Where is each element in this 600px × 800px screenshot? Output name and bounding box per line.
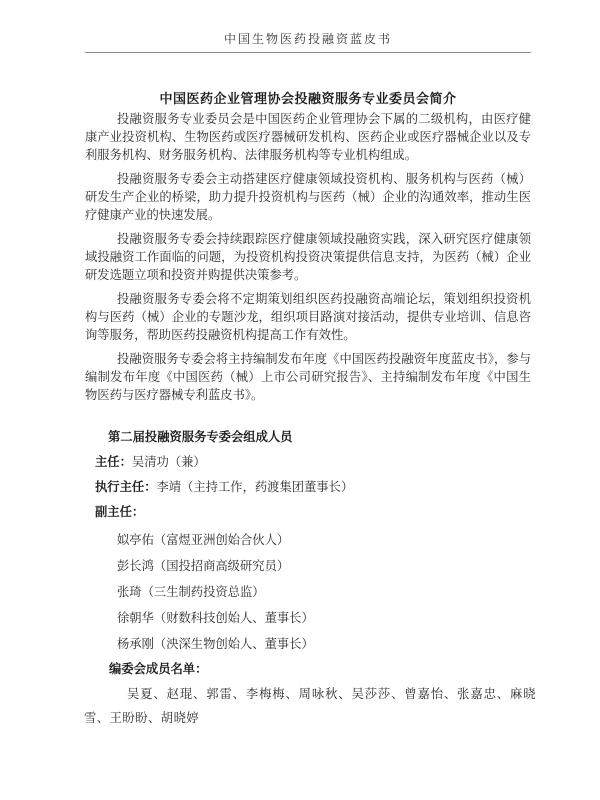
deputy-list: 姒亭佑（富煜亚洲创始合伙人） 彭长鸿（国投招商高级研究员） 张琦（三生制药投资总… xyxy=(0,527,600,657)
role-label: 主任： xyxy=(95,455,132,469)
running-header: 中国生物医药投融资蓝皮书 xyxy=(85,30,531,53)
document-page: 中国生物医药投融资蓝皮书 中国医药企业管理协会投融资服务专业委员会简介 投融资服… xyxy=(0,0,600,800)
role-label: 执行主任： xyxy=(95,480,157,494)
deputy-item: 姒亭佑（富煜亚洲创始合伙人） xyxy=(117,527,600,553)
committee-heading: 第二届投融资服务专委会组成人员 xyxy=(108,425,600,450)
paragraph: 投融资服务专业委员会是中国医药企业管理协会下属的二级机构，由医疗健康产业投资机构… xyxy=(85,110,531,164)
role-line: 主任：吴清功（兼） xyxy=(95,450,600,475)
paragraph: 投融资服务专委会将主持编制发布年度《中国医药投融资年度蓝皮书》，参与编制发布年度… xyxy=(85,350,531,404)
role-value: 李靖（主持工作，药渡集团董事长） xyxy=(157,480,354,494)
deputy-item: 杨承刚（泱深生物创始人、董事长） xyxy=(117,631,600,657)
role-line: 执行主任：李靖（主持工作，药渡集团董事长） xyxy=(95,475,600,500)
deputy-item: 张琦（三生制药投资总监） xyxy=(117,579,600,605)
role-value: 吴清功（兼） xyxy=(132,455,206,469)
page-title: 中国医药企业管理协会投融资服务专业委员会简介 xyxy=(85,88,531,107)
paragraph: 投融资服务专委会主动搭建医疗健康领域投资机构、服务机构与医药（械）研发生产企业的… xyxy=(85,170,531,224)
role-line: 副主任： xyxy=(95,500,600,525)
paragraph: 投融资服务专委会持续跟踪医疗健康领域投融资实践，深入研究医疗健康领域投融资工作面… xyxy=(85,230,531,284)
body-text: 投融资服务专业委员会是中国医药企业管理协会下属的二级机构，由医疗健康产业投资机构… xyxy=(85,110,531,410)
editorial-board-members: 吴夏、赵琨、郭雷、李梅梅、周咏秋、吴莎莎、曾嘉怡、张嘉忠、麻晓雪、王盼盼、胡晓婷 xyxy=(84,682,536,730)
editorial-board-label: 编委会成员名单： xyxy=(109,657,600,682)
committee-section: 第二届投融资服务专委会组成人员 主任：吴清功（兼） 执行主任：李靖（主持工作，药… xyxy=(0,425,600,730)
deputy-item: 彭长鸿（国投招商高级研究员） xyxy=(117,553,600,579)
paragraph: 投融资服务专委会将不定期策划组织医药投融资高端论坛，策划组织投资机构与医药（械）… xyxy=(85,290,531,344)
deputy-item: 徐朝华（财数科技创始人、董事长） xyxy=(117,605,600,631)
role-label: 副主任： xyxy=(95,505,144,519)
